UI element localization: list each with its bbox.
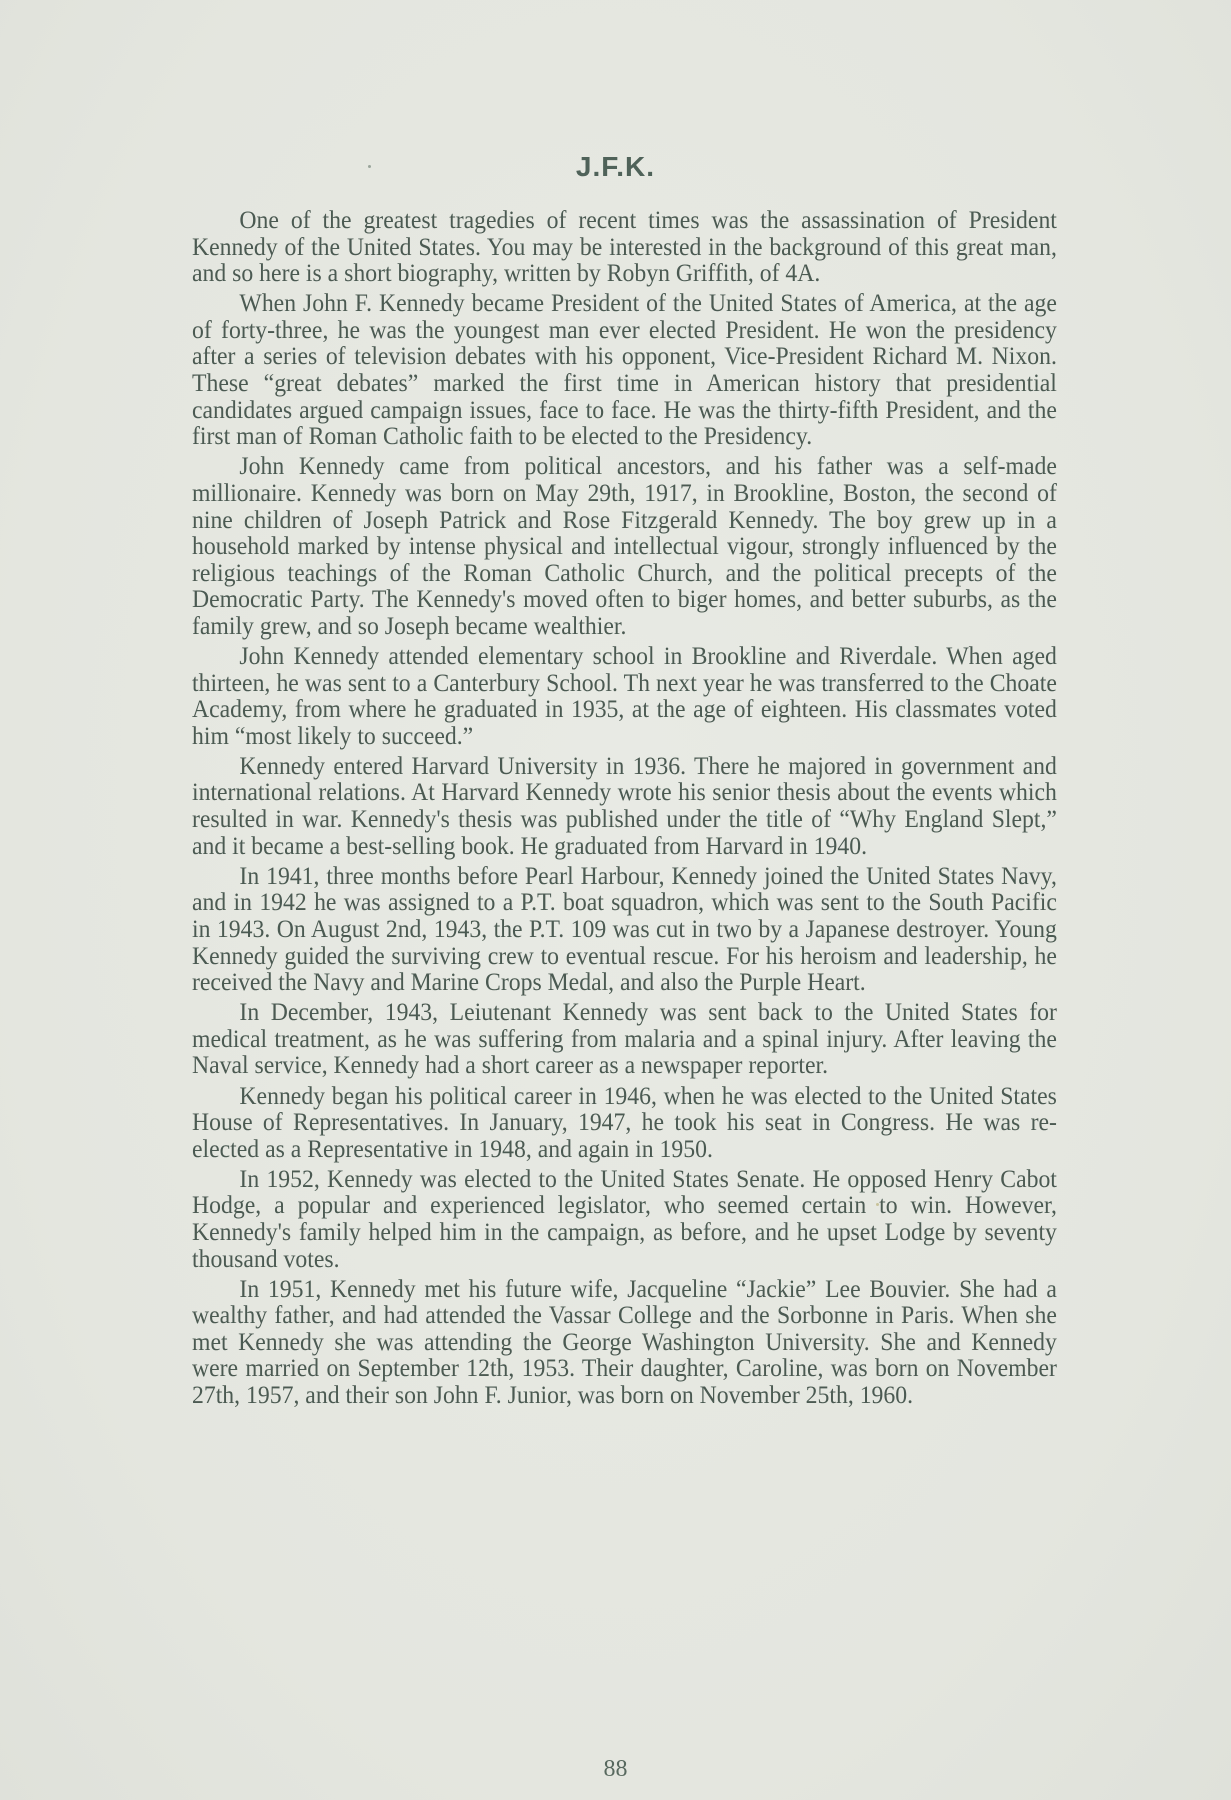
page-title: J.F.K. — [0, 151, 1231, 183]
paragraph-harvard: Kennedy entered Harvard University in 19… — [192, 753, 1057, 859]
paragraph-medical: In December, 1943, Leiutenant Kennedy wa… — [192, 999, 1057, 1079]
paragraph-navy: In 1941, three months before Pearl Harbo… — [192, 863, 1057, 996]
paragraph-senate: In 1952, Kennedy was elected to the Unit… — [192, 1166, 1057, 1272]
paragraph-family: John Kennedy came from political ancesto… — [192, 453, 1057, 639]
paragraph-congress: Kennedy began his political career in 19… — [192, 1083, 1057, 1163]
paragraph-presidency: When John F. Kennedy became President of… — [192, 290, 1057, 450]
article-body: One of the greatest tragedies of recent … — [192, 207, 1057, 1409]
paragraph-intro: One of the greatest tragedies of recent … — [192, 207, 1057, 287]
paragraph-schooling: John Kennedy attended elementary school … — [192, 643, 1057, 749]
paragraph-marriage: In 1951, Kennedy met his future wife, Ja… — [192, 1276, 1057, 1409]
page-number: 88 — [0, 1756, 1231, 1783]
document-page: J.F.K. One of the greatest tragedies of … — [0, 0, 1231, 1800]
